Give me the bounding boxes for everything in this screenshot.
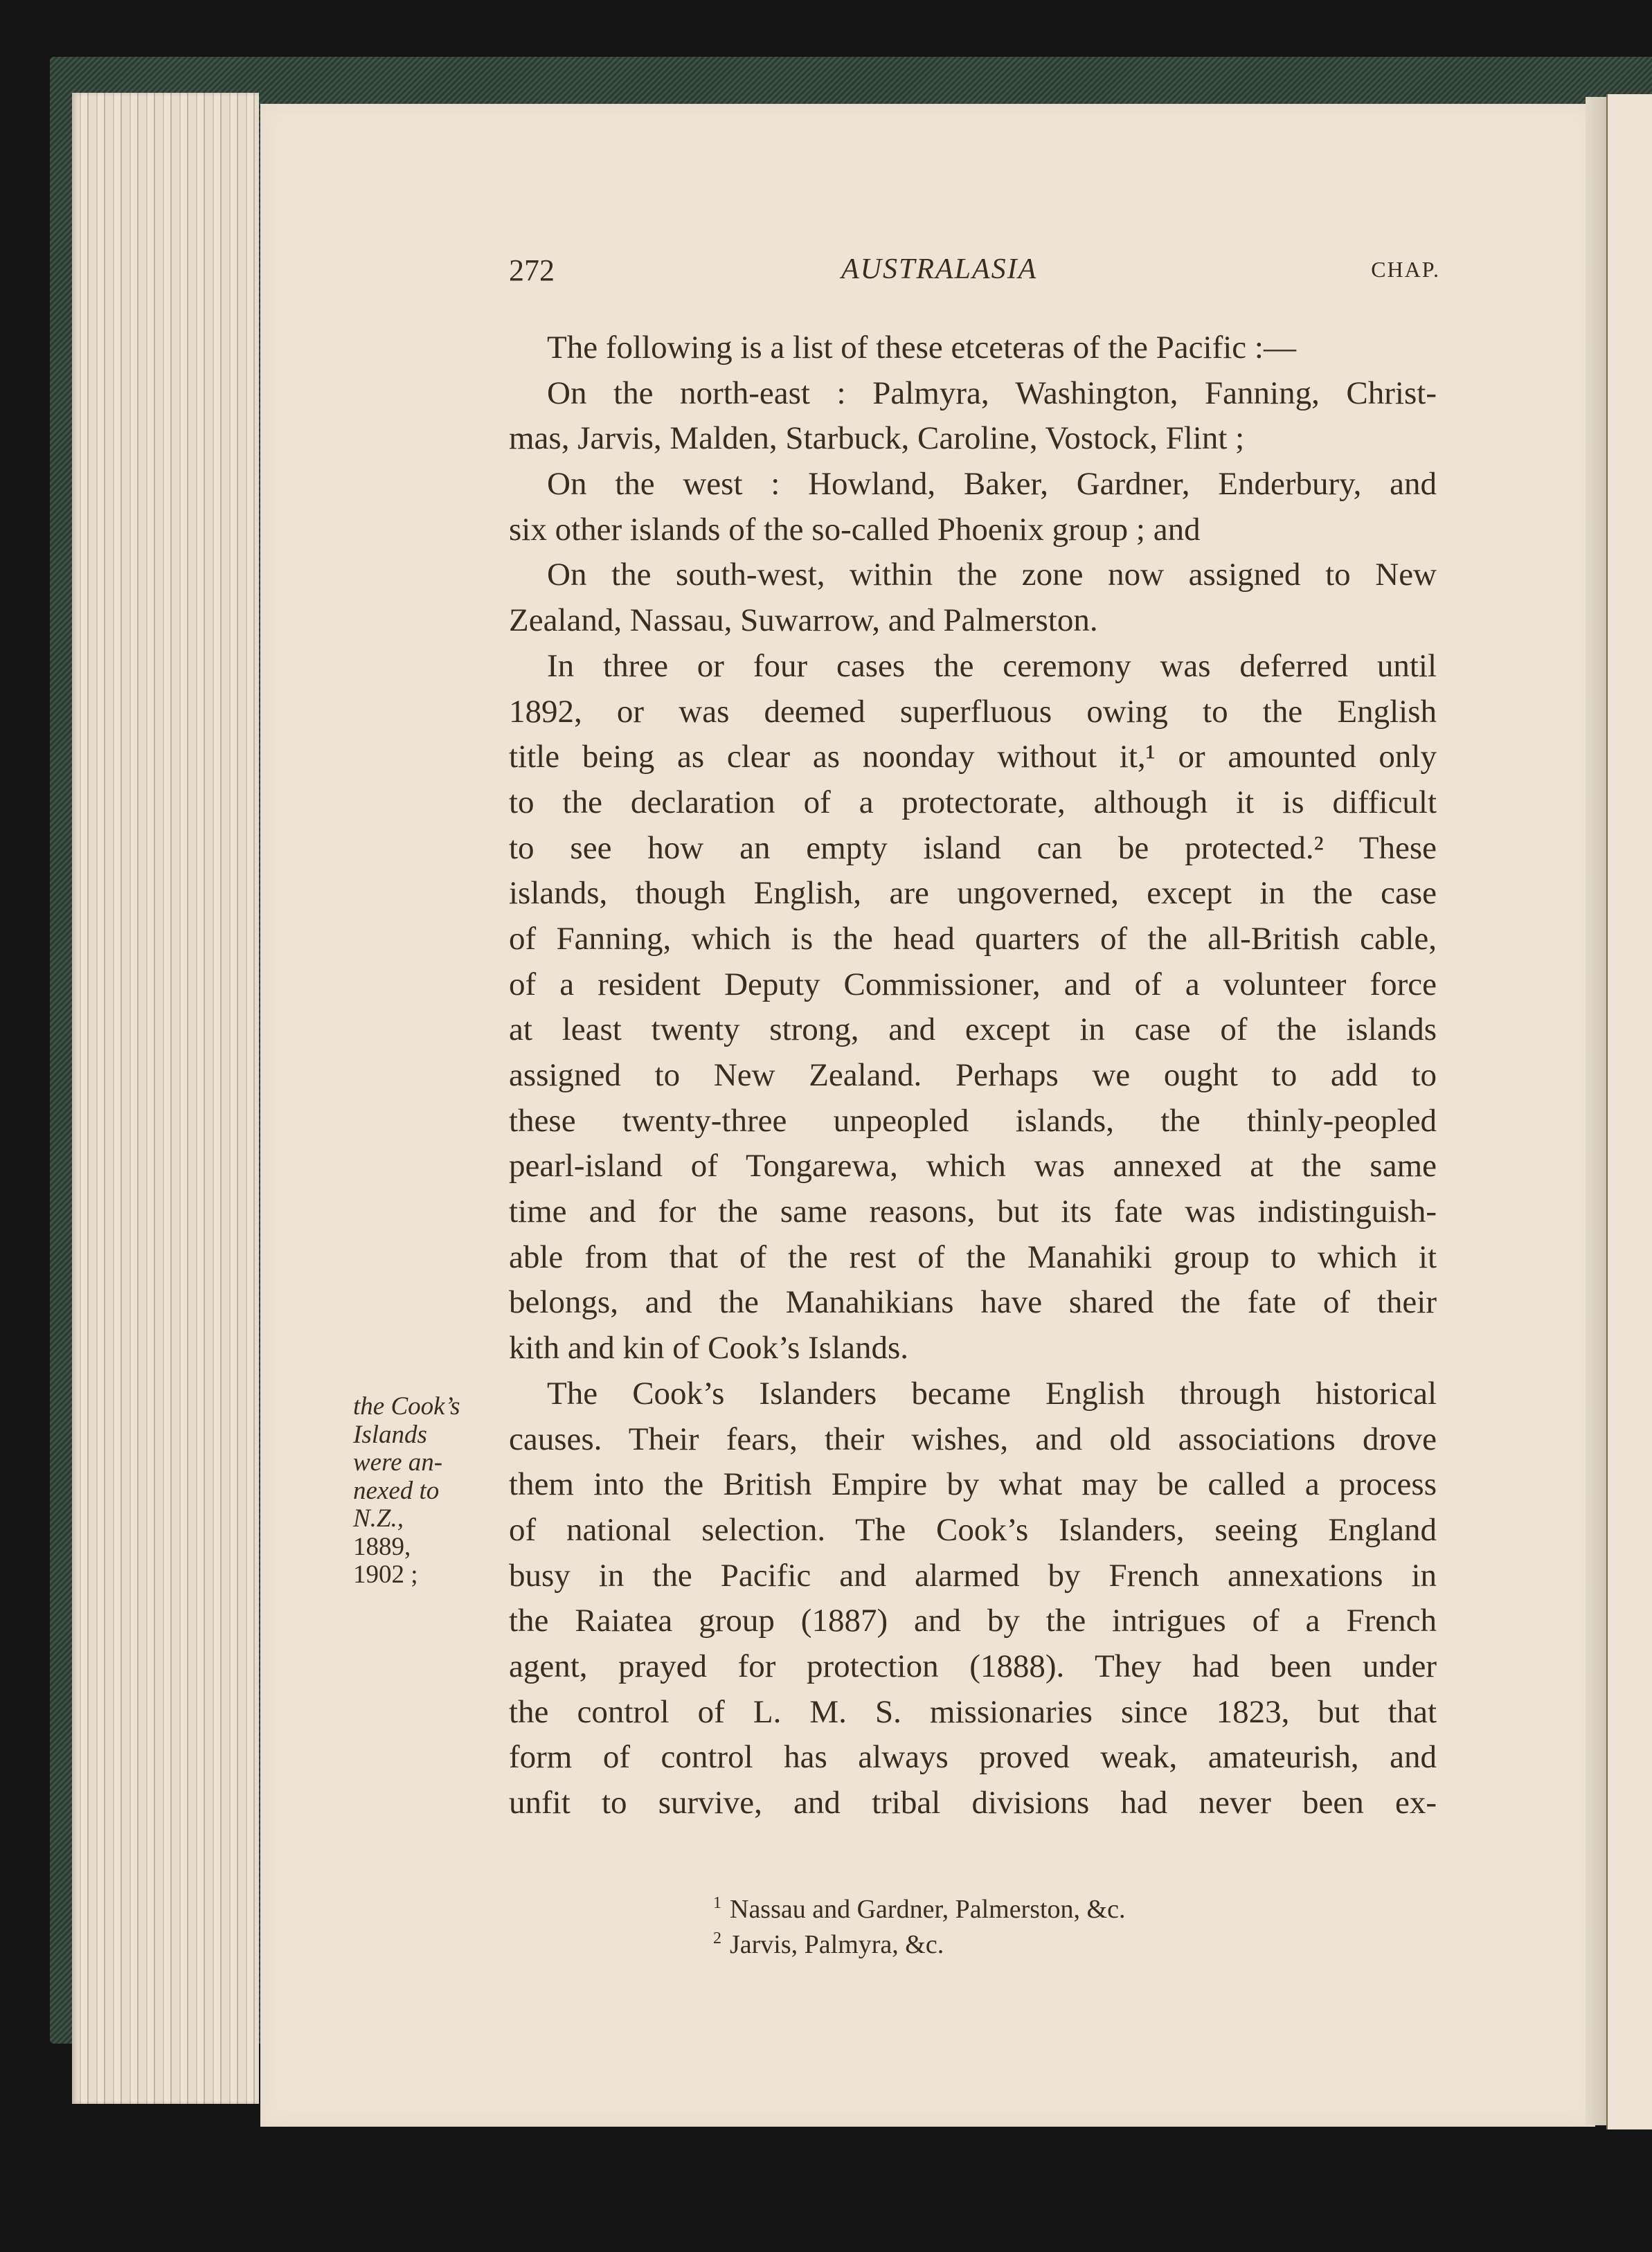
text-line: The following is a list of these etceter… (509, 325, 1437, 371)
text-line: agent, prayed for protection (1888). The… (509, 1644, 1437, 1690)
text-line: able from that of the rest of the Manahi… (509, 1235, 1437, 1281)
text-line: islands, though English, are ungoverned,… (509, 871, 1437, 917)
footnote: 2Jarvis, Palmyra, &c. (713, 1924, 1406, 1959)
page-number: 272 (509, 253, 555, 288)
margin-note-line: were an- (353, 1449, 492, 1477)
text-line: them into the British Empire by what may… (509, 1462, 1437, 1508)
text-line: assigned to New Zealand. Perhaps we ough… (509, 1053, 1437, 1099)
text-line: The Cook’s Islanders became English thro… (509, 1371, 1437, 1417)
margin-note-line: 1902 ; (353, 1561, 492, 1589)
margin-note-line: N.Z., (353, 1505, 492, 1533)
text-line: to see how an empty island can be protec… (509, 826, 1437, 872)
body-text: The following is a list of these etceter… (509, 325, 1437, 1826)
text-line: of Fanning, which is the head quarters o… (509, 917, 1437, 962)
chapter-label: CHAP. (1371, 257, 1440, 282)
text-line: causes. Their fears, their wishes, and o… (509, 1417, 1437, 1463)
text-line: to the declaration of a protectorate, al… (509, 780, 1437, 826)
text-line: title being as clear as noonday without … (509, 735, 1437, 780)
text-line: 1892, or was deemed superfluous owing to… (509, 690, 1437, 735)
text-line: On the west : Howland, Baker, Gardner, E… (509, 462, 1437, 507)
margin-note-line: Islands (353, 1421, 492, 1450)
margin-note: the Cook’sIslandswere an-nexed toN.Z.,18… (353, 1393, 492, 1589)
text-line: the control of L. M. S. missionaries sin… (509, 1690, 1437, 1736)
text-line: Zealand, Nassau, Suwarrow, and Palmersto… (509, 598, 1437, 644)
running-title: AUSTRALASIA (841, 253, 1037, 286)
page-edges (72, 93, 259, 2104)
footnote-marker: 2 (713, 1929, 721, 1947)
facing-page-edge (1606, 94, 1652, 2129)
text-line: On the north-east : Palmyra, Washington,… (509, 371, 1437, 417)
footnote-text: Jarvis, Palmyra, &c. (730, 1930, 944, 1959)
text-line: of a resident Deputy Commissioner, and o… (509, 962, 1437, 1008)
text-line: belongs, and the Manahikians have shared… (509, 1280, 1437, 1326)
margin-note-line: the Cook’s (353, 1393, 492, 1421)
running-head: 272 AUSTRALASIA CHAP. (509, 253, 1440, 294)
text-line: unfit to survive, and tribal divisions h… (509, 1781, 1437, 1826)
footnote: 1Nassau and Gardner, Palmerston, &c. (713, 1889, 1406, 1924)
margin-note-line: 1889, (353, 1533, 492, 1562)
text-line: six other islands of the so-called Phoen… (509, 507, 1437, 553)
text-line: In three or four cases the ceremony was … (509, 644, 1437, 690)
text-line: the Raiatea group (1887) and by the intr… (509, 1598, 1437, 1644)
text-line: at least twenty strong, and except in ca… (509, 1007, 1437, 1053)
text-line: these twenty-three unpeopled islands, th… (509, 1099, 1437, 1144)
footnote-marker: 1 (713, 1894, 721, 1912)
text-line: of national selection. The Cook’s Island… (509, 1508, 1437, 1553)
text-line: mas, Jarvis, Malden, Starbuck, Caroline,… (509, 416, 1437, 462)
text-line: kith and kin of Cook’s Islands. (509, 1326, 1437, 1371)
text-line: busy in the Pacific and alarmed by Frenc… (509, 1553, 1437, 1599)
footnotes: 1Nassau and Gardner, Palmerston, &c.2Jar… (713, 1889, 1406, 1959)
text-line: form of control has always proved weak, … (509, 1735, 1437, 1781)
footnote-text: Nassau and Gardner, Palmerston, &c. (730, 1895, 1125, 1924)
text-line: On the south-west, within the zone now a… (509, 552, 1437, 598)
text-line: pearl-island of Tongarewa, which was ann… (509, 1144, 1437, 1189)
gutter (1586, 97, 1606, 2125)
margin-note-line: nexed to (353, 1477, 492, 1506)
text-line: time and for the same reasons, but its f… (509, 1189, 1437, 1235)
